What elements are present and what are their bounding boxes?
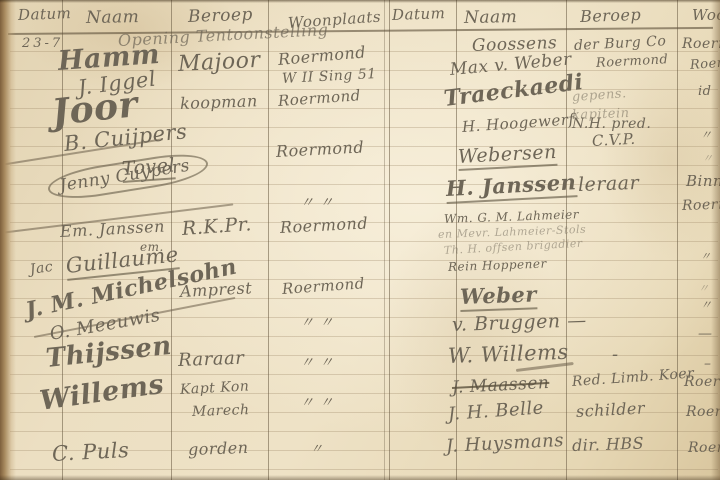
signature-naam: J. H. Belle (447, 397, 544, 425)
photo-edge-right (711, 0, 720, 480)
signature-naam: Willems (38, 369, 166, 417)
column-header-datum-left: Datum (18, 4, 72, 24)
entry-woonplaats-ditto: 〃 (310, 438, 324, 457)
entry-beroep: schilder (576, 398, 646, 421)
signature-naam: v. Bruggen — (452, 309, 587, 336)
entry-beroep: N.H. pred. (572, 116, 651, 132)
page-gutter (384, 0, 385, 480)
signature-naam: Weber (460, 281, 538, 312)
entry-beroep: dir. HBS (572, 433, 645, 455)
entry-woonplaats-ditto: 〃 〃 (300, 392, 334, 412)
signature-naam: H. Hoogewerf (461, 110, 575, 136)
entry-beroep: der Burg Co (574, 33, 667, 54)
entry-woonplaats: Roermond (277, 86, 361, 110)
photo-edge-bottom (0, 475, 720, 480)
entry-beroep: gorden (188, 438, 249, 459)
column-header-beroep-right: Beroep (580, 5, 642, 26)
signature-naam: Em. Janssen (60, 217, 166, 241)
entry-woonplaats: Roermond (277, 42, 366, 69)
signature-naam: Webersen (457, 141, 557, 171)
entry-woonplaats: W II Sing 51 (282, 66, 377, 87)
signature-naam: Rein Hoppener (448, 257, 547, 274)
entry-woonplaats-ditto: 〃 〃 (300, 192, 334, 212)
entry-woonplaats: id (698, 84, 711, 99)
column-header-naam-left: Naam (86, 7, 140, 28)
entry-beroep: Roermond (596, 52, 669, 71)
entry-beroep: koopman (180, 91, 258, 113)
entry-woonplaats-ditto: 〃 〃 (300, 352, 334, 372)
column-divider (268, 0, 269, 480)
entry-beroep: leraar (578, 172, 640, 196)
entry-beroep: gepens. (571, 86, 627, 105)
column-divider (171, 0, 172, 480)
entry-beroep: Raraar (178, 348, 245, 371)
entry-beroep: Majoor (177, 48, 261, 77)
entry-woonplaats-ditto: 〃 〃 (300, 312, 334, 332)
signature-naam: C. Puls (51, 438, 129, 466)
entry-woonplaats-ditto: 〃 (698, 280, 710, 296)
column-header-naam-right: Naam (464, 7, 518, 28)
signature-naam: H. Janssen (445, 169, 577, 204)
signature-naam: W. Willems (448, 340, 570, 368)
entry-beroep: Marech (192, 402, 250, 420)
page-gutter (389, 0, 390, 480)
column-divider (677, 0, 678, 480)
register-scan: Datum Naam Beroep Woonplaats Datum Naam … (0, 0, 720, 480)
entry-datum: Jac (29, 259, 54, 278)
book-edge-left (0, 0, 16, 480)
entry-woonplaats-ditto: 〃 (700, 248, 712, 264)
entry-beroep: - (612, 344, 619, 365)
entry-beroep: Kapt Kon (180, 378, 250, 398)
entry-woonplaats: Roermond (281, 274, 365, 298)
entry-woonplaats: Roermond (276, 137, 365, 161)
header-underline (8, 27, 713, 35)
signature-naam: J. Huysmans (445, 430, 564, 457)
entry-woonplaats: Roermond (280, 213, 369, 237)
column-header-datum-right: Datum (392, 4, 446, 24)
entry-beroep: R.K.Pr. (181, 213, 252, 240)
signature-naam: J. Maassen (451, 373, 549, 398)
photo-edge-top (0, 0, 720, 3)
entry-beroep: C.V.P. (592, 130, 636, 150)
